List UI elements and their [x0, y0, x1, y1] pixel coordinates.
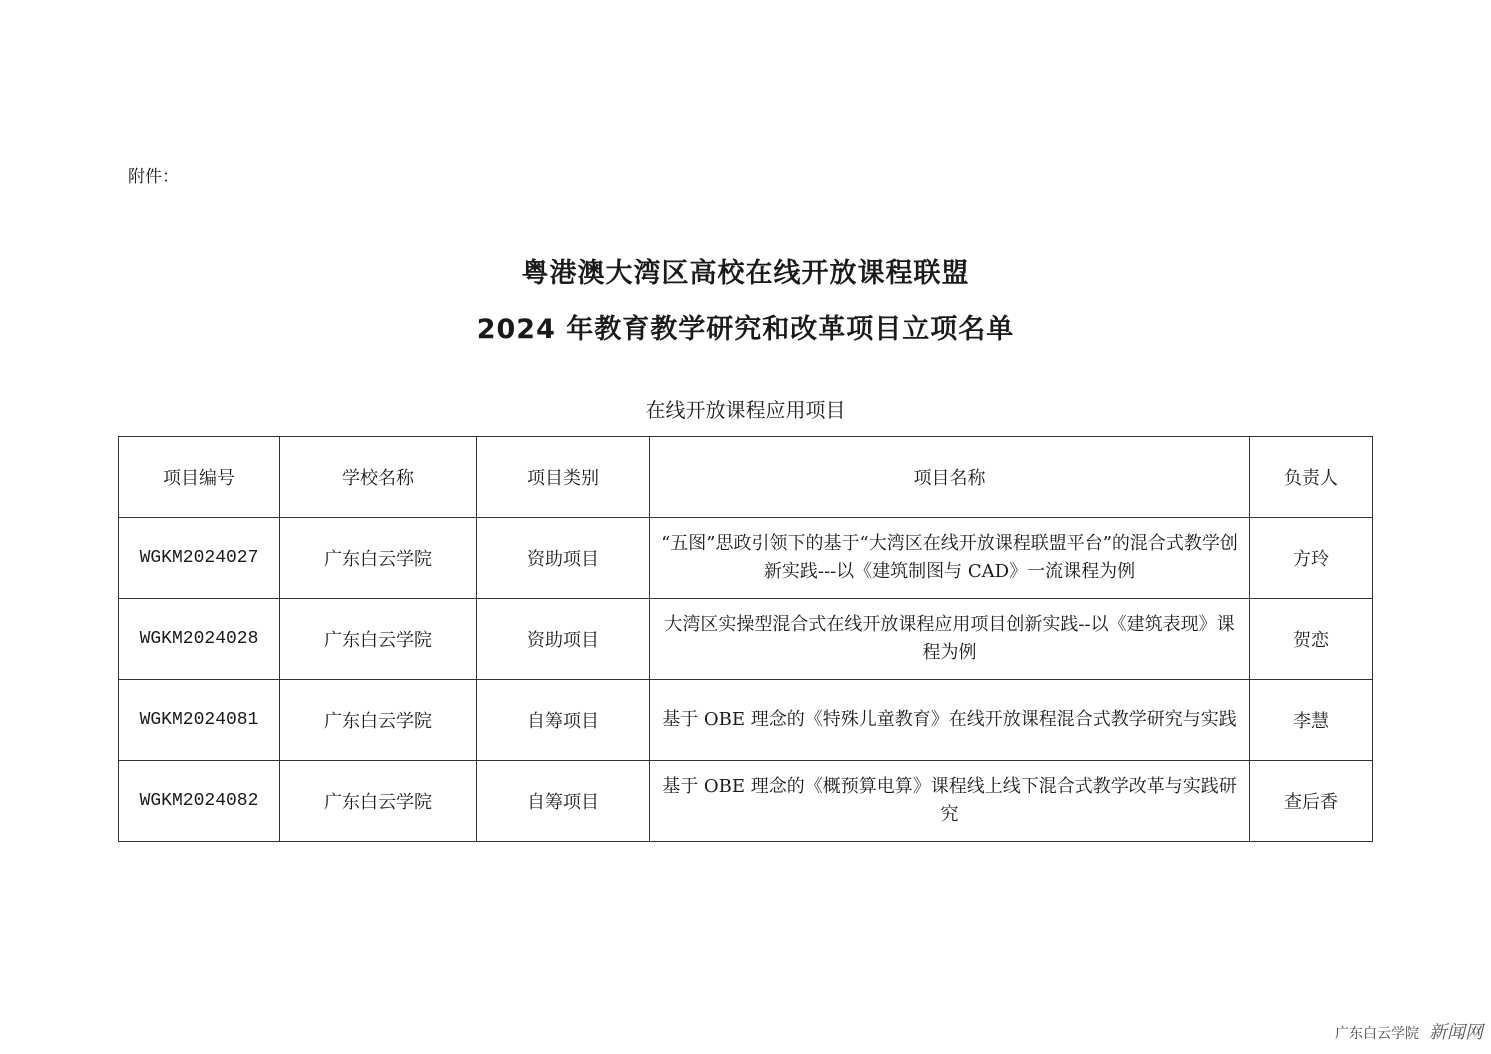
- header-school: 学校名称: [280, 437, 477, 518]
- project-category: 自筹项目: [477, 761, 650, 842]
- table-row: WGKM2024027 广东白云学院 资助项目 “五图”思政引领下的基于“大湾区…: [119, 518, 1373, 599]
- school-name: 广东白云学院: [280, 518, 477, 599]
- header-category: 项目类别: [477, 437, 650, 518]
- school-name: 广东白云学院: [280, 761, 477, 842]
- watermark: 广东白云学院新闻网: [1335, 1018, 1483, 1044]
- project-category: 资助项目: [477, 518, 650, 599]
- project-name: 大湾区实操型混合式在线开放课程应用项目创新实践--以《建筑表现》课程为例: [650, 599, 1250, 680]
- school-name: 广东白云学院: [280, 599, 477, 680]
- school-name: 广东白云学院: [280, 680, 477, 761]
- attachment-label: 附件：: [128, 162, 179, 187]
- project-category: 自筹项目: [477, 680, 650, 761]
- project-leader: 查后香: [1250, 761, 1373, 842]
- project-leader: 方玲: [1250, 518, 1373, 599]
- project-leader: 贺恋: [1250, 599, 1373, 680]
- header-project-name: 项目名称: [650, 437, 1250, 518]
- project-table: 项目编号 学校名称 项目类别 项目名称 负责人 WGKM2024027 广东白云…: [118, 436, 1373, 842]
- project-name: “五图”思政引领下的基于“大湾区在线开放课程联盟平台”的混合式教学创新实践---…: [650, 518, 1250, 599]
- news-logo-icon: 新闻网: [1429, 1022, 1483, 1043]
- header-leader: 负责人: [1250, 437, 1373, 518]
- document-title-line2: 2024 年教育教学研究和改革项目立项名单: [0, 307, 1491, 346]
- project-code: WGKM2024082: [119, 761, 280, 842]
- table-header-row: 项目编号 学校名称 项目类别 项目名称 负责人: [119, 437, 1373, 518]
- header-code: 项目编号: [119, 437, 280, 518]
- project-code: WGKM2024027: [119, 518, 280, 599]
- project-name: 基于 OBE 理念的《特殊儿童教育》在线开放课程混合式教学研究与实践: [650, 680, 1250, 761]
- section-title: 在线开放课程应用项目: [0, 394, 1491, 423]
- watermark-text: 广东白云学院: [1335, 1026, 1419, 1042]
- table-row: WGKM2024082 广东白云学院 自筹项目 基于 OBE 理念的《概预算电算…: [119, 761, 1373, 842]
- project-code: WGKM2024028: [119, 599, 280, 680]
- project-category: 资助项目: [477, 599, 650, 680]
- document-title-line1: 粤港澳大湾区高校在线开放课程联盟: [0, 251, 1491, 290]
- table-row: WGKM2024028 广东白云学院 资助项目 大湾区实操型混合式在线开放课程应…: [119, 599, 1373, 680]
- project-name: 基于 OBE 理念的《概预算电算》课程线上线下混合式教学改革与实践研究: [650, 761, 1250, 842]
- project-leader: 李慧: [1250, 680, 1373, 761]
- project-code: WGKM2024081: [119, 680, 280, 761]
- table-row: WGKM2024081 广东白云学院 自筹项目 基于 OBE 理念的《特殊儿童教…: [119, 680, 1373, 761]
